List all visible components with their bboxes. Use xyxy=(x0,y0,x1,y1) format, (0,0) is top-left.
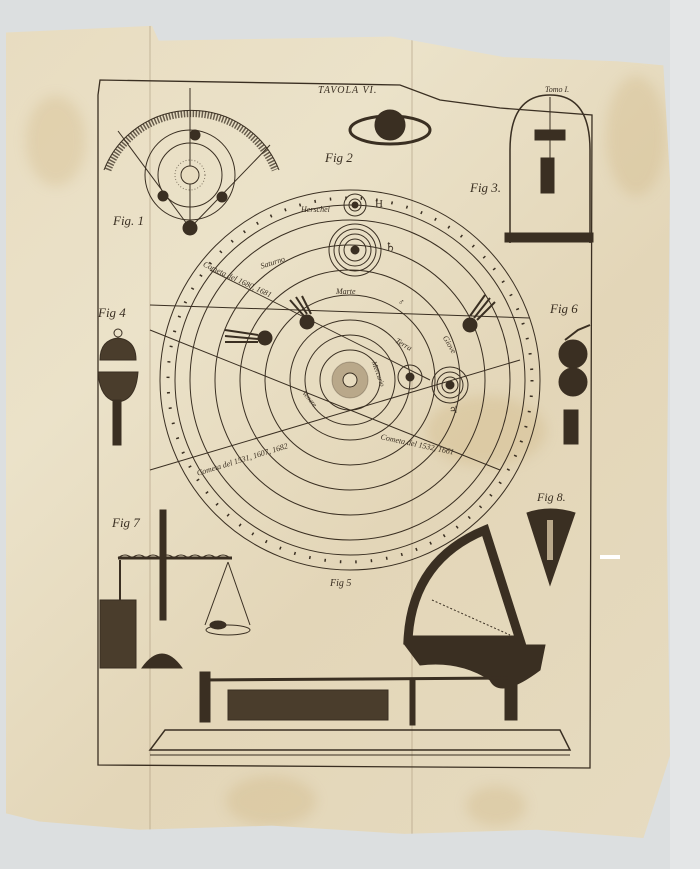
fig3-label: Fig 3. xyxy=(470,180,501,196)
fig6-label: Fig 6 xyxy=(550,301,578,317)
plate-volume: Tomo I. xyxy=(545,85,569,94)
mars-symbol: ♂ xyxy=(398,297,405,307)
herschel-symbol: H xyxy=(375,198,383,210)
fig8-label: Fig 8. xyxy=(537,490,566,505)
planet-label-marte: Marte xyxy=(336,287,356,296)
fig4-label: Fig 4 xyxy=(98,305,126,321)
saturn-symbol: ♄ xyxy=(385,240,396,255)
planet-label-herschel: Herschel xyxy=(301,205,330,214)
fig5-label: Fig 5 xyxy=(330,578,351,589)
fig1-label: Fig. 1 xyxy=(113,213,144,229)
jupiter-symbol: ♃ xyxy=(449,405,458,416)
paper-tear-mark xyxy=(600,555,620,559)
fig2-label: Fig 2 xyxy=(325,150,353,166)
fig7-label: Fig 7 xyxy=(112,515,140,531)
engraving-plate xyxy=(0,0,700,869)
plate-title: TAVOLA VI. xyxy=(318,85,377,96)
